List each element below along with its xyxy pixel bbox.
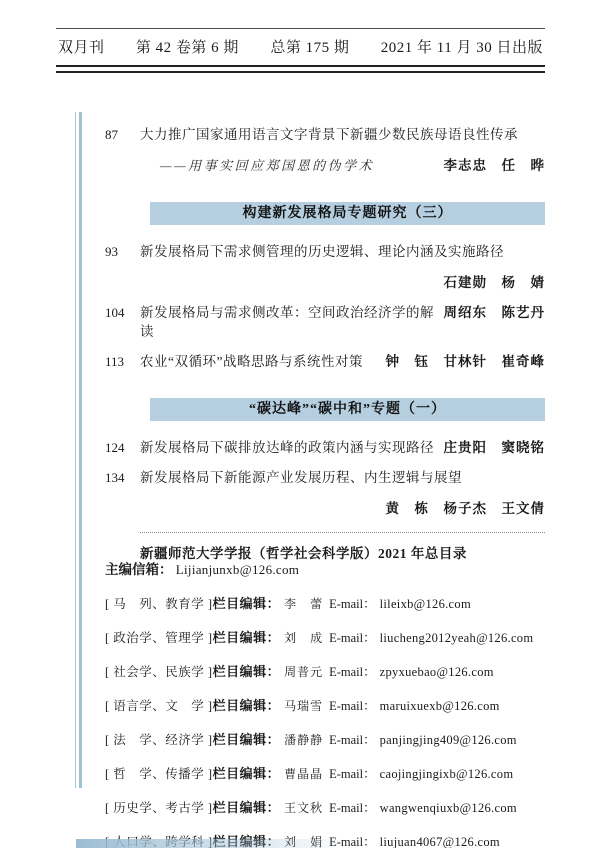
- editor-category: [ 马 列、教育学 ]: [105, 594, 213, 612]
- masthead-row: 双月刊 第 42 卷第 6 期 总第 175 期 2021 年 11 月 30 …: [56, 29, 545, 65]
- editor-role-label: 栏目编辑：: [213, 695, 281, 714]
- editor-name: 刘 成: [284, 629, 323, 646]
- toc-article-authors: 石建勋 杨 婧: [444, 273, 546, 292]
- toc-section-banner: “碳达峰”“碳中和”专题（一）: [150, 398, 545, 421]
- masthead-volume-issue: 第 42 卷第 6 期: [136, 36, 239, 57]
- toc-article-row: 113农业“双循环”战略思路与系统性对策钟 钰 甘林针 崔奇峰: [88, 352, 545, 371]
- editor-row: [ 哲 学、传播学 ]栏目编辑：曹晶晶E-mail：caojingjingixb…: [105, 763, 559, 782]
- toc-article-title: 新发展格局下新能源产业发展历程、内生逻辑与展望: [140, 468, 462, 487]
- editor-category: [ 历史学、考古学 ]: [105, 798, 213, 816]
- editors-block: 主编信箱： Lijianjunxb@126.com [ 马 列、教育学 ]栏目编…: [88, 558, 559, 848]
- toc-article-subtitle: ——用事实回应郑国恩的伪学术: [160, 156, 374, 175]
- bottom-gradient-bar: [76, 839, 351, 848]
- editors-list: [ 马 列、教育学 ]栏目编辑：李 蕾E-mail：lileixb@126.co…: [88, 593, 559, 848]
- toc-authors-row: 黄 栋 杨子杰 王文倩: [88, 499, 545, 518]
- editor-email: liucheng2012yeah@126.com: [380, 631, 534, 646]
- toc-section-title: 构建新发展格局专题研究（三）: [243, 204, 453, 223]
- toc-page-number: 124: [88, 438, 140, 457]
- toc-section-banner: 构建新发展格局专题研究（三）: [150, 202, 545, 225]
- editor-email-label: E-mail：: [329, 696, 376, 714]
- editor-email: lileixb@126.com: [380, 597, 471, 612]
- journal-toc-page: 双月刊 第 42 卷第 6 期 总第 175 期 2021 年 11 月 30 …: [0, 0, 599, 848]
- masthead: 双月刊 第 42 卷第 6 期 总第 175 期 2021 年 11 月 30 …: [56, 28, 545, 73]
- editor-row: [ 政治学、管理学 ]栏目编辑：刘 成E-mail：liucheng2012ye…: [105, 627, 559, 646]
- toc-article-row: 87大力推广国家通用语言文字背景下新疆少数民族母语良性传承: [88, 125, 545, 144]
- toc-article-authors: 庄贵阳 窦晓铭: [444, 438, 546, 457]
- editor-email-label: E-mail：: [329, 764, 376, 782]
- masthead-frequency: 双月刊: [58, 36, 105, 57]
- masthead-total-issue: 总第 175 期: [270, 36, 349, 57]
- chief-editor-email: Lijianjunxb@126.com: [176, 562, 299, 577]
- editor-role-label: 栏目编辑：: [213, 593, 281, 612]
- toc-article-authors: 李志忠 任 晔: [444, 156, 546, 175]
- toc-page-number: 104: [88, 303, 140, 322]
- editor-name: 李 蕾: [284, 595, 323, 612]
- toc-article-title: 农业“双循环”战略思路与系统性对策: [140, 352, 386, 371]
- toc-page-number: 93: [88, 242, 140, 261]
- editor-row: [ 马 列、教育学 ]栏目编辑：李 蕾E-mail：lileixb@126.co…: [105, 593, 559, 612]
- editor-role-label: 栏目编辑：: [213, 763, 281, 782]
- editor-name: 曹晶晶: [284, 765, 323, 782]
- editor-category: [ 法 学、经济学 ]: [105, 730, 213, 748]
- toc-dotted-divider: [140, 532, 545, 533]
- toc-article-row: 93新发展格局下需求侧管理的历史逻辑、理论内涵及实施路径: [88, 242, 545, 261]
- toc-article-row: 104新发展格局与需求侧改革：空间政治经济学的解读周绍东 陈艺丹: [88, 303, 545, 341]
- editor-row: [ 社会学、民族学 ]栏目编辑：周普元E-mail：zpyxuebao@126.…: [105, 661, 559, 680]
- masthead-double-rule: [56, 65, 545, 73]
- editor-email: zpyxuebao@126.com: [380, 665, 494, 680]
- editor-name: 马瑞雪: [284, 697, 323, 714]
- editor-email: maruixuexb@126.com: [380, 699, 500, 714]
- toc-article-row: 134新发展格局下新能源产业发展历程、内生逻辑与展望: [88, 468, 545, 487]
- editor-role-label: 栏目编辑：: [213, 797, 281, 816]
- left-accent-line: [75, 112, 82, 788]
- toc-subtitle-row: ——用事实回应郑国恩的伪学术李志忠 任 晔: [88, 156, 545, 175]
- toc-authors-row: 石建勋 杨 婧: [88, 273, 545, 292]
- editor-category: [ 语言学、文 学 ]: [105, 696, 213, 714]
- editor-name: 潘静静: [284, 731, 323, 748]
- toc-page-number: 134: [88, 468, 140, 487]
- toc-article-authors: 周绍东 陈艺丹: [444, 303, 546, 322]
- toc-article-title: 大力推广国家通用语言文字背景下新疆少数民族母语良性传承: [140, 125, 518, 144]
- chief-editor-label: 主编信箱：: [105, 562, 173, 577]
- editor-email: caojingjingixb@126.com: [380, 767, 514, 782]
- toc-section-title: “碳达峰”“碳中和”专题（一）: [249, 400, 446, 419]
- chief-editor-row: 主编信箱： Lijianjunxb@126.com: [105, 558, 559, 578]
- editor-email: wangwenqiuxb@126.com: [380, 801, 517, 816]
- editor-email-label: E-mail：: [329, 662, 376, 680]
- editor-name: 周普元: [284, 663, 323, 680]
- editor-role-label: 栏目编辑：: [213, 627, 281, 646]
- toc-article-authors: 黄 栋 杨子杰 王文倩: [386, 499, 546, 518]
- editor-role-label: 栏目编辑：: [213, 729, 281, 748]
- editor-email-label: E-mail：: [329, 730, 376, 748]
- toc-article-title: 新发展格局下需求侧管理的历史逻辑、理论内涵及实施路径: [140, 242, 504, 261]
- toc-article-title: 新发展格局下碳排放达峰的政策内涵与实现路径: [140, 438, 444, 457]
- editor-row: [ 语言学、文 学 ]栏目编辑：马瑞雪E-mail：maruixuexb@126…: [105, 695, 559, 714]
- editor-category: [ 哲 学、传播学 ]: [105, 764, 213, 782]
- toc-page-number: 87: [88, 125, 140, 144]
- editor-email: liujuan4067@126.com: [380, 835, 500, 848]
- editor-role-label: 栏目编辑：: [213, 661, 281, 680]
- editor-email-label: E-mail：: [329, 628, 376, 646]
- editor-row: [ 历史学、考古学 ]栏目编辑：王文秋E-mail：wangwenqiuxb@1…: [105, 797, 559, 816]
- masthead-pub-date: 2021 年 11 月 30 日出版: [381, 36, 543, 57]
- editor-row: [ 法 学、经济学 ]栏目编辑：潘静静E-mail：panjingjing409…: [105, 729, 559, 748]
- editor-category: [ 社会学、民族学 ]: [105, 662, 213, 680]
- editor-name: 王文秋: [284, 799, 323, 816]
- toc-article-row: 124新发展格局下碳排放达峰的政策内涵与实现路径庄贵阳 窦晓铭: [88, 438, 545, 457]
- editor-category: [ 政治学、管理学 ]: [105, 628, 213, 646]
- editor-email: panjingjing409@126.com: [380, 733, 517, 748]
- toc-rows: 87大力推广国家通用语言文字背景下新疆少数民族母语良性传承——用事实回应郑国恩的…: [88, 114, 545, 563]
- toc-article-title: 新发展格局与需求侧改革：空间政治经济学的解读: [140, 303, 444, 341]
- editor-email-label: E-mail：: [329, 798, 376, 816]
- toc-article-authors: 钟 钰 甘林针 崔奇峰: [386, 352, 546, 371]
- editor-email-label: E-mail：: [329, 594, 376, 612]
- toc-page-number: 113: [88, 352, 140, 371]
